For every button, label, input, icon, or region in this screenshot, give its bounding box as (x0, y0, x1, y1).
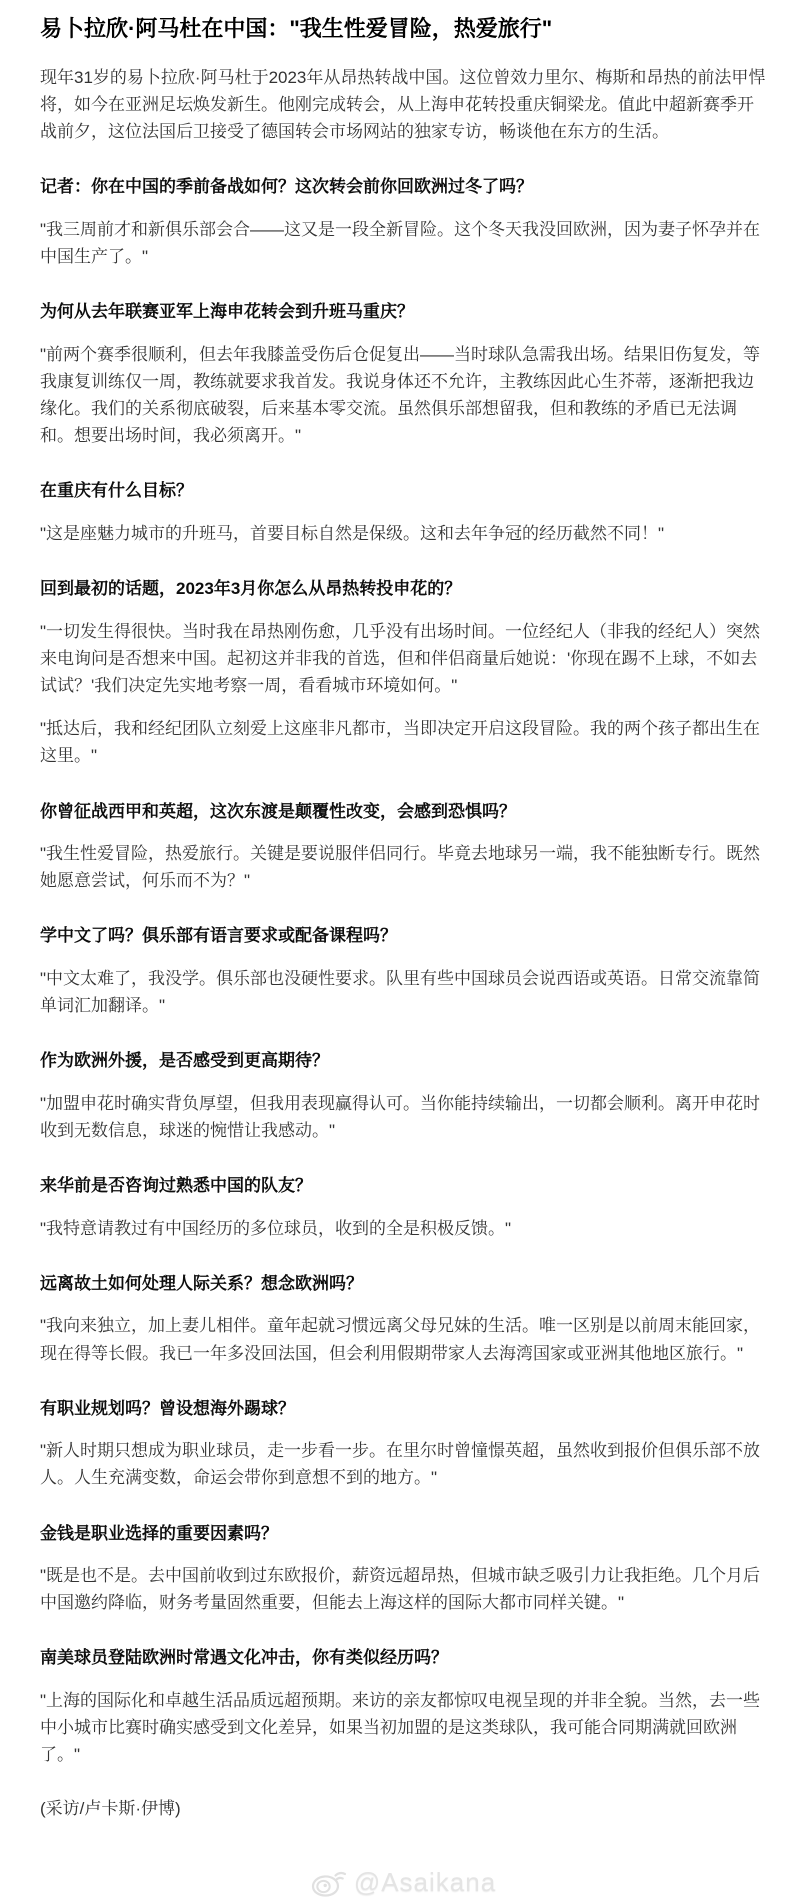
question-heading: 南美球员登陆欧洲时常遇文化冲击，你有类似经历吗？ (40, 1645, 767, 1671)
article-intro: 现年31岁的易卜拉欣·阿马杜于2023年从昂热转战中国。这位曾效力里尔、梅斯和昂… (40, 64, 767, 146)
question-heading: 金钱是职业选择的重要因素吗？ (40, 1521, 767, 1547)
answer-paragraph: "我三周前才和新俱乐部会合——这又是一段全新冒险。这个冬天我没回欧洲，因为妻子怀… (40, 216, 767, 270)
question-heading: 你曾征战西甲和英超，这次东渡是颠覆性改变，会感到恐惧吗？ (40, 799, 767, 825)
answer-paragraph: "新人时期只想成为职业球员，走一步看一步。在里尔时曾憧憬英超，虽然收到报价但俱乐… (40, 1437, 767, 1491)
answer-paragraph: "一切发生得很快。当时我在昂热刚伤愈，几乎没有出场时间。一位经纪人（非我的经纪人… (40, 618, 767, 700)
answer-paragraph: "中文太难了，我没学。俱乐部也没硬性要求。队里有些中国球员会说西语或英语。日常交… (40, 965, 767, 1019)
question-heading: 作为欧洲外援，是否感受到更高期待？ (40, 1048, 767, 1074)
question-heading: 来华前是否咨询过熟悉中国的队友？ (40, 1173, 767, 1199)
article-title: 易卜拉欣·阿马杜在中国："我生性爱冒险，热爱旅行" (40, 14, 767, 44)
answer-paragraph: "前两个赛季很顺利，但去年我膝盖受伤后仓促复出——当时球队急需我出场。结果旧伤复… (40, 341, 767, 450)
question-heading: 为何从去年联赛亚军上海申花转会到升班马重庆？ (40, 299, 767, 325)
answer-paragraph: "上海的国际化和卓越生活品质远超预期。来访的亲友都惊叹电视呈现的并非全貌。当然，… (40, 1687, 767, 1769)
watermark-handle: @Asaikana (354, 1867, 496, 1898)
answer-paragraph: "加盟申花时确实背负厚望，但我用表现赢得认可。当你能持续输出，一切都会顺利。离开… (40, 1090, 767, 1144)
question-heading: 回到最初的话题，2023年3月你怎么从昂热转投申花的？ (40, 576, 767, 602)
answer-paragraph: "我向来独立，加上妻儿相伴。童年起就习惯远离父母兄妹的生活。唯一区别是以前周末能… (40, 1312, 767, 1366)
question-heading: 有职业规划吗？曾设想海外踢球？ (40, 1396, 767, 1422)
interview-credit: (采访/卢卡斯·伊博) (40, 1795, 767, 1822)
question-heading: 在重庆有什么目标？ (40, 478, 767, 504)
article-page: 易卜拉欣·阿马杜在中国："我生性爱冒险，热爱旅行" 现年31岁的易卜拉欣·阿马杜… (0, 0, 807, 1900)
question-heading: 远离故土如何处理人际关系？想念欧洲吗？ (40, 1271, 767, 1297)
answer-paragraph: "既是也不是。去中国前收到过东欧报价，薪资远超昂热，但城市缺乏吸引力让我拒绝。几… (40, 1562, 767, 1616)
question-heading: 记者：你在中国的季前备战如何？这次转会前你回欧洲过冬了吗？ (40, 174, 767, 200)
answer-paragraph: "我特意请教过有中国经历的多位球员，收到的全是积极反馈。" (40, 1215, 767, 1242)
qa-list: 记者：你在中国的季前备战如何？这次转会前你回欧洲过冬了吗？"我三周前才和新俱乐部… (40, 174, 767, 1768)
watermark: @Asaikana (40, 1866, 767, 1900)
question-heading: 学中文了吗？俱乐部有语言要求或配备课程吗？ (40, 923, 767, 949)
answer-paragraph: "我生性爱冒险，热爱旅行。关键是要说服伴侣同行。毕竟去地球另一端，我不能独断专行… (40, 840, 767, 894)
weibo-icon (311, 1868, 347, 1898)
answer-paragraph: "抵达后，我和经纪团队立刻爱上这座非凡都市，当即决定开启这段冒险。我的两个孩子都… (40, 715, 767, 769)
answer-paragraph: "这是座魅力城市的升班马，首要目标自然是保级。这和去年争冠的经历截然不同！" (40, 520, 767, 547)
